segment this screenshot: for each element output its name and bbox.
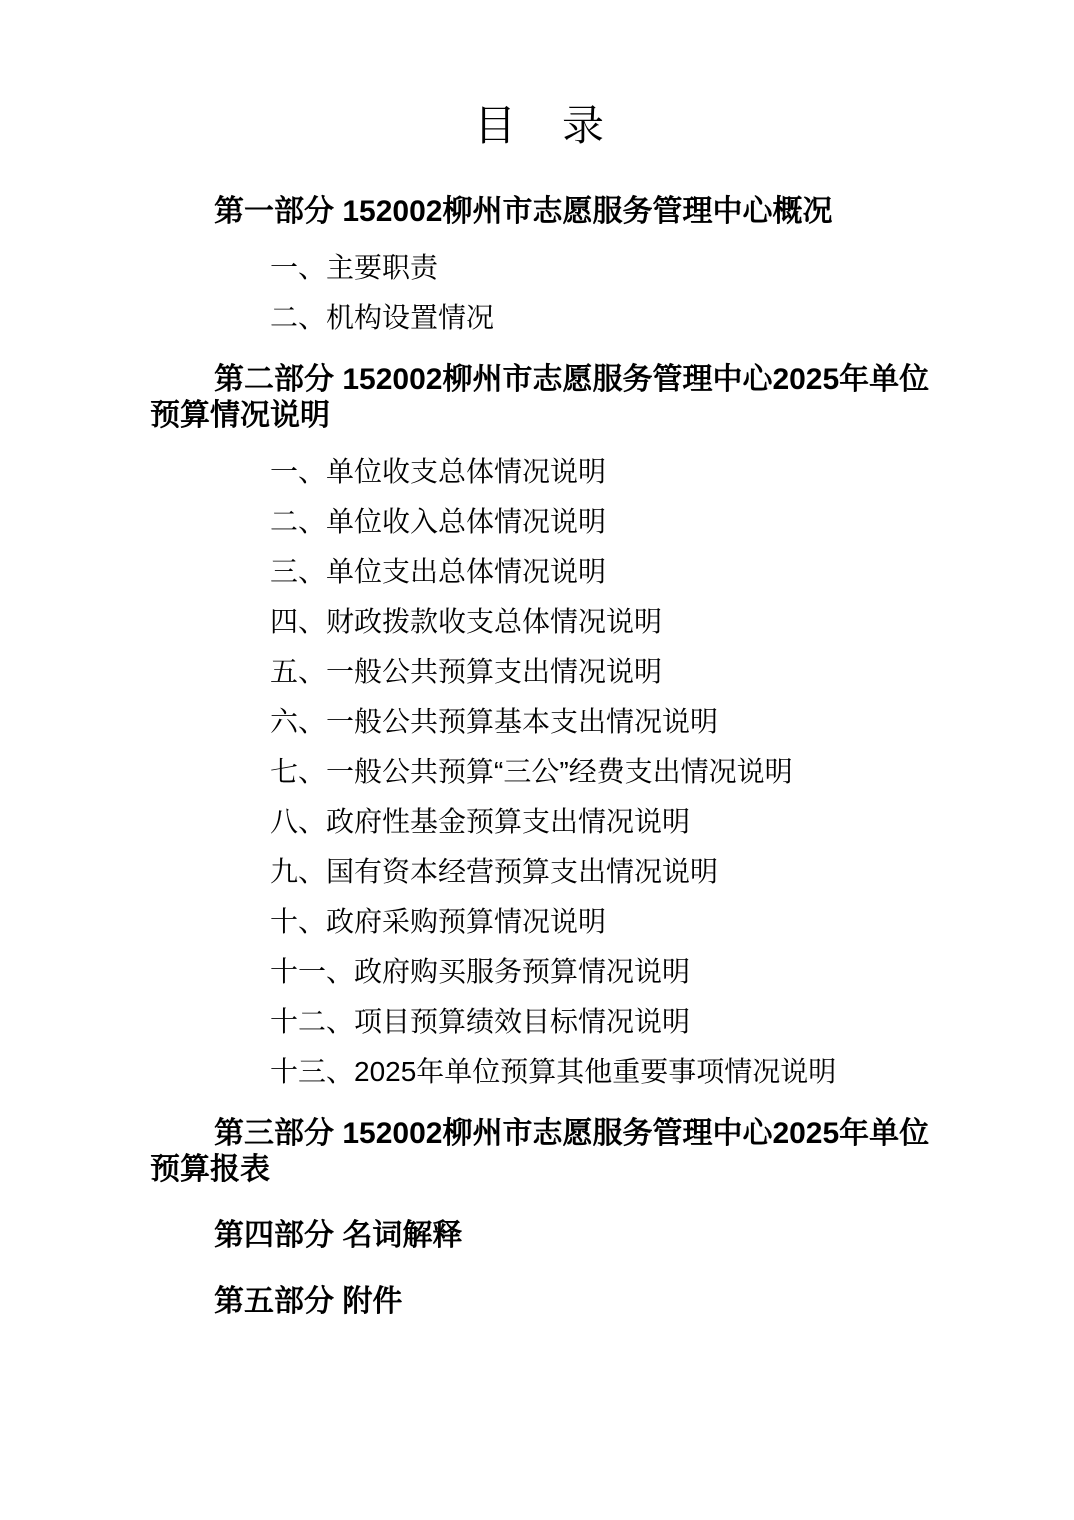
toc-item: 五、一般公共预算支出情况说明 [150, 658, 930, 686]
toc-item: 四、财政拨款收支总体情况说明 [150, 608, 930, 636]
toc-item: 六、一般公共预算基本支出情况说明 [150, 708, 930, 736]
toc-item: 一、主要职责 [150, 254, 930, 282]
toc-section-part-3: 第三部分 152002柳州市志愿服务管理中心2025年单位预算报表 [150, 1116, 930, 1188]
toc-item: 七、一般公共预算“三公”经费支出情况说明 [150, 758, 930, 786]
toc-section-part-5: 第五部分 附件 [150, 1284, 930, 1320]
toc-item: 二、机构设置情况 [150, 304, 930, 332]
toc-item: 十二、项目预算绩效目标情况说明 [150, 1008, 930, 1036]
toc-section-part-4: 第四部分 名词解释 [150, 1218, 930, 1254]
part-heading: 第五部分 附件 [150, 1284, 930, 1320]
part-heading: 第三部分 152002柳州市志愿服务管理中心2025年单位预算报表 [150, 1116, 930, 1188]
toc-item: 十一、政府购买服务预算情况说明 [150, 958, 930, 986]
toc-item: 十、政府采购预算情况说明 [150, 908, 930, 936]
toc-item: 二、单位收入总体情况说明 [150, 508, 930, 536]
toc-section-part-2: 第二部分 152002柳州市志愿服务管理中心2025年单位预算情况说明 一、单位… [150, 362, 930, 1086]
toc-title: 目 录 [150, 104, 930, 148]
toc-section-part-1: 第一部分 152002柳州市志愿服务管理中心概况 一、主要职责 二、机构设置情况 [150, 194, 930, 332]
document-page: 目 录 第一部分 152002柳州市志愿服务管理中心概况 一、主要职责 二、机构… [0, 0, 1074, 1520]
part-heading: 第二部分 152002柳州市志愿服务管理中心2025年单位预算情况说明 [150, 362, 930, 434]
toc-item: 九、国有资本经营预算支出情况说明 [150, 858, 930, 886]
part-heading: 第一部分 152002柳州市志愿服务管理中心概况 [150, 194, 930, 230]
part-heading: 第四部分 名词解释 [150, 1218, 930, 1254]
toc-item: 一、单位收支总体情况说明 [150, 458, 930, 486]
toc-item: 八、政府性基金预算支出情况说明 [150, 808, 930, 836]
toc-item: 三、单位支出总体情况说明 [150, 558, 930, 586]
toc-item: 十三、2025年单位预算其他重要事项情况说明 [150, 1058, 930, 1086]
